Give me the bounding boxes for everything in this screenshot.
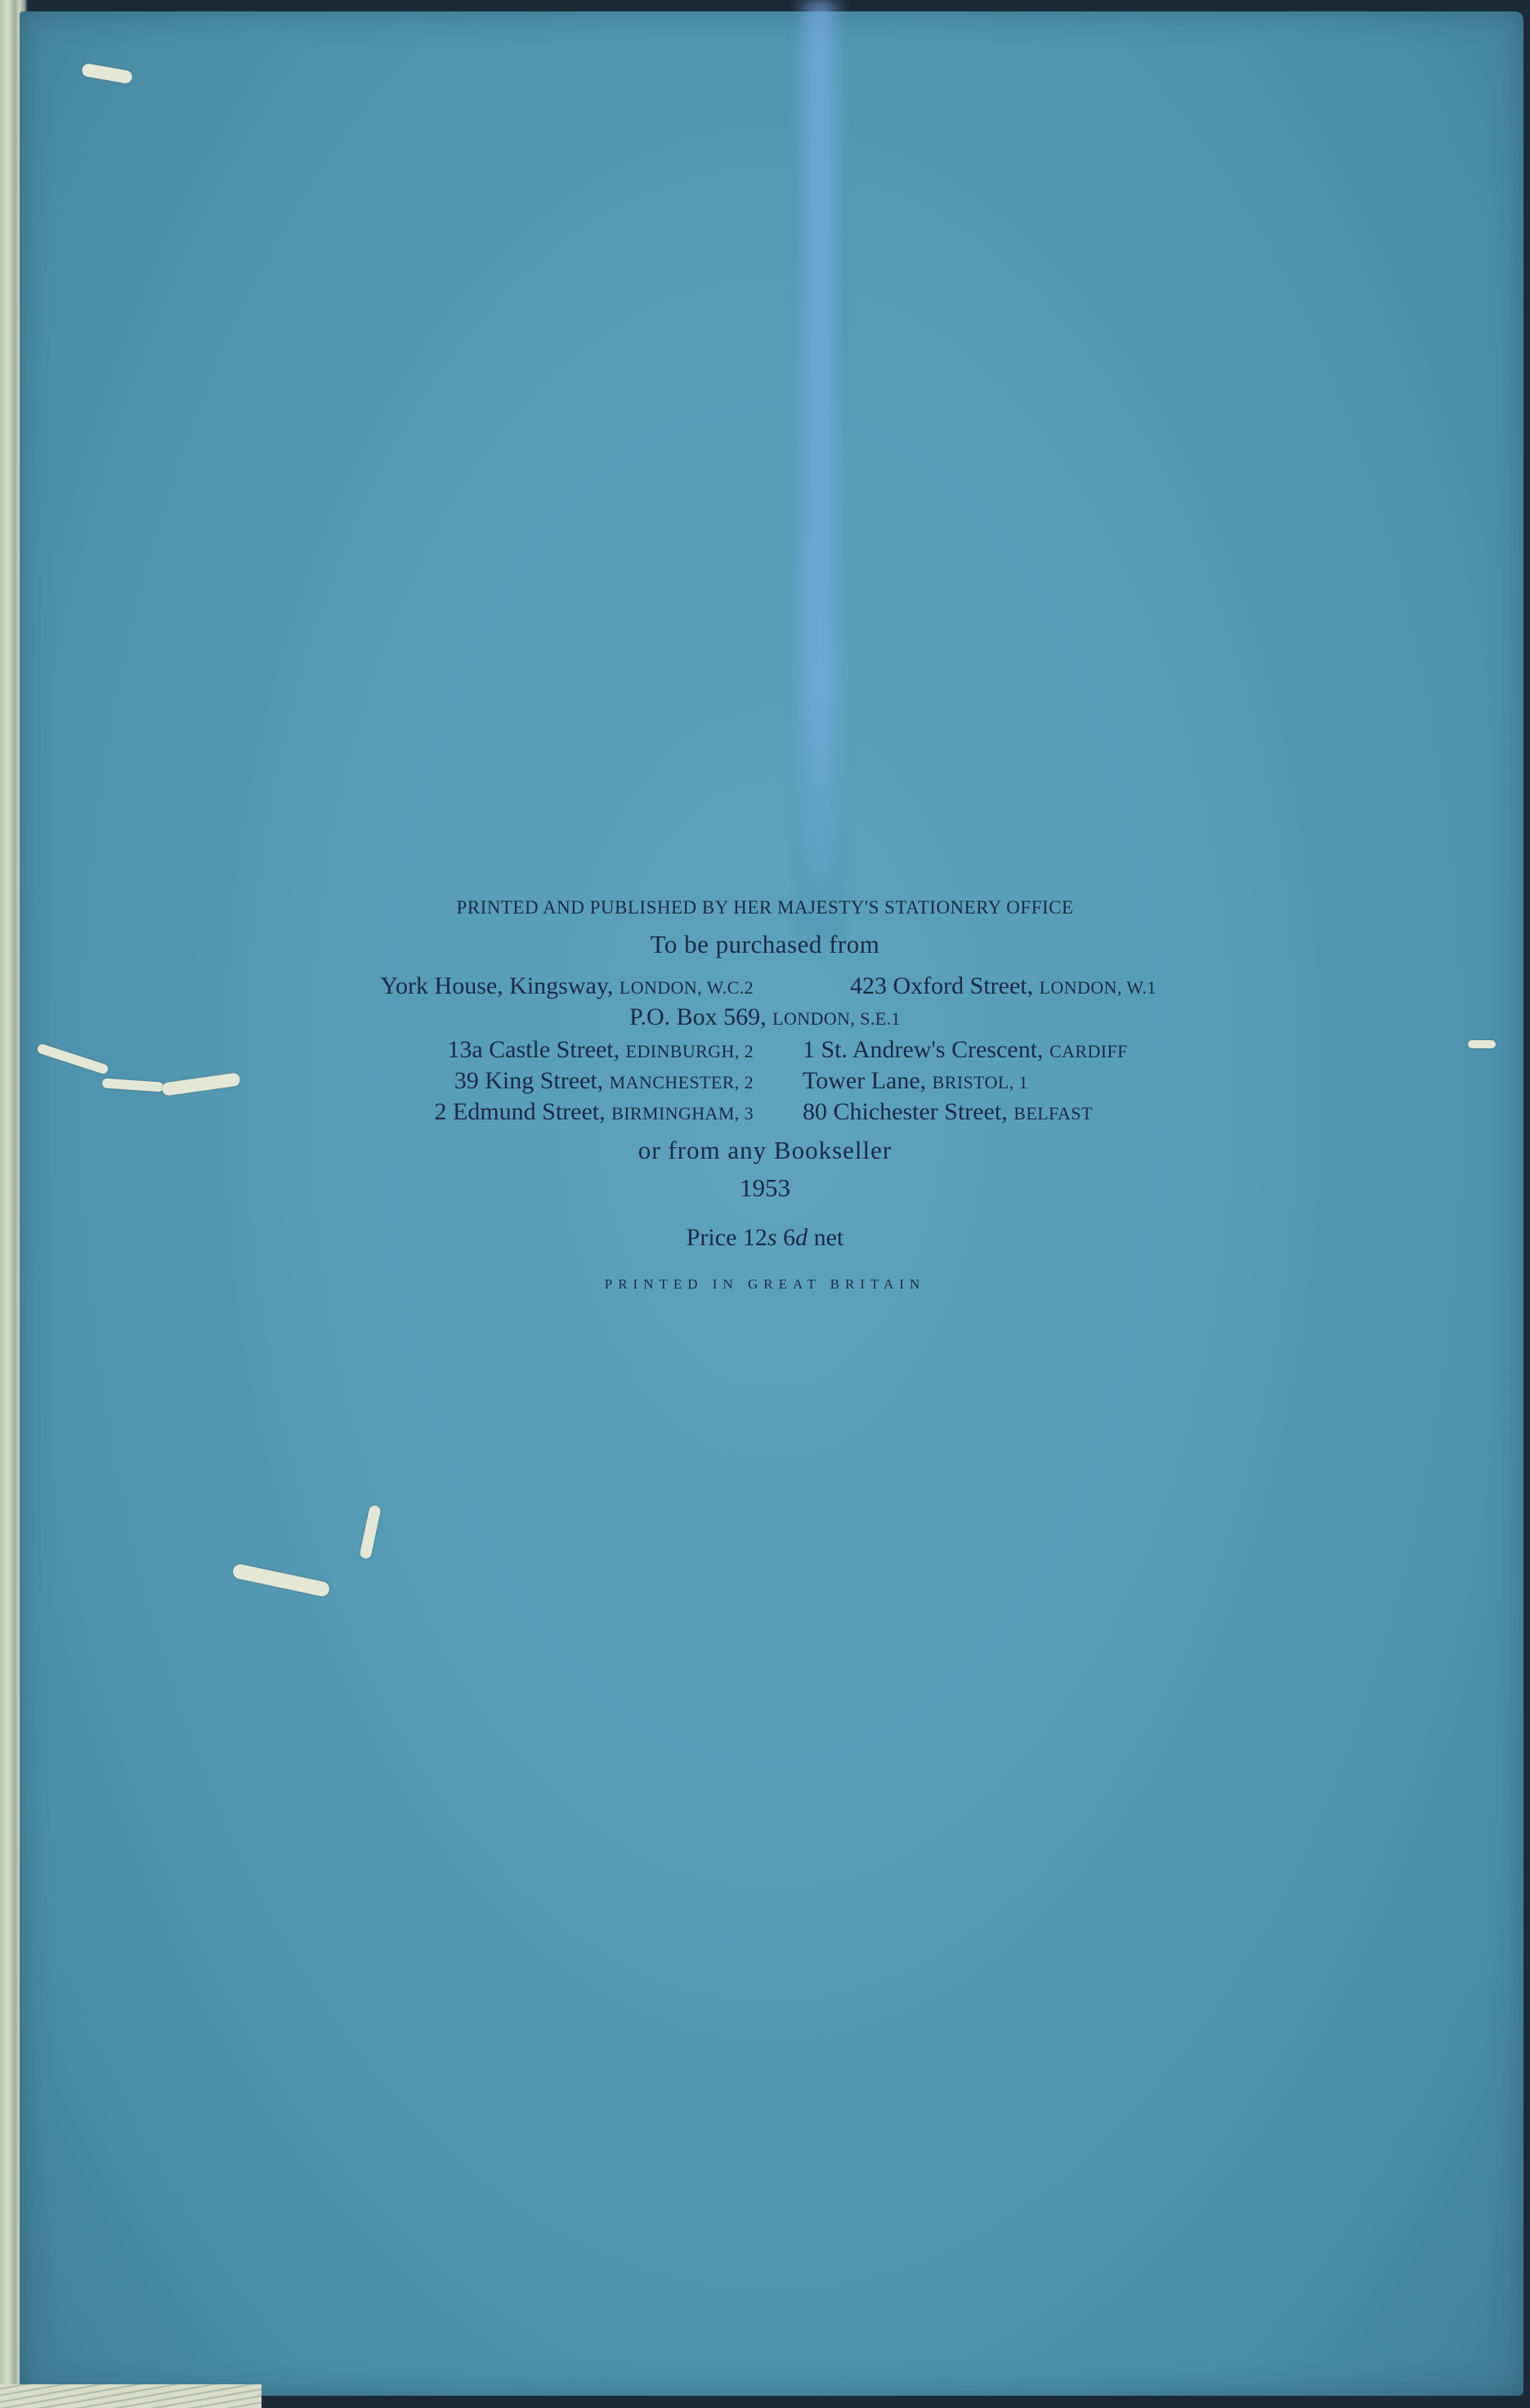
price-line: Price 12s 6d net (0, 1224, 1530, 1252)
back-cover (20, 11, 1523, 2396)
address-edinburgh: 13a Castle Street, EDINBURGH, 2 (447, 1036, 754, 1064)
bookseller-line: or from any Bookseller (0, 1136, 1530, 1165)
address-london-oxford-street: 423 Oxford Street, LONDON, W.1 (850, 972, 1156, 1000)
address-london-kingsway: York House, Kingsway, LONDON, W.C.2 (380, 972, 754, 1000)
page-edges-bottom (0, 2384, 262, 2408)
address-manchester: 39 King Street, MANCHESTER, 2 (454, 1067, 754, 1095)
address-bristol: Tower Lane, BRISTOL, 1 (803, 1067, 1028, 1095)
address-london-po-box: P.O. Box 569, LONDON, S.E.1 (0, 1003, 1530, 1031)
publication-year: 1953 (0, 1173, 1530, 1203)
publisher-line: PRINTED AND PUBLISHED BY HER MAJESTY'S S… (0, 897, 1530, 918)
address-belfast: 80 Chichester Street, BELFAST (803, 1098, 1093, 1126)
price-shillings: 12s (743, 1224, 777, 1251)
price-pence: 6d (783, 1224, 807, 1251)
address-birmingham: 2 Edmund Street, BIRMINGHAM, 3 (434, 1098, 754, 1126)
address-cardiff: 1 St. Andrew's Crescent, CARDIFF (803, 1036, 1128, 1064)
printed-in-line: PRINTED IN GREAT BRITAIN (0, 1276, 1530, 1293)
purchase-line: To be purchased from (0, 930, 1530, 959)
paper-damage-mark (1468, 1040, 1496, 1048)
scan-light-streak (794, 0, 845, 940)
